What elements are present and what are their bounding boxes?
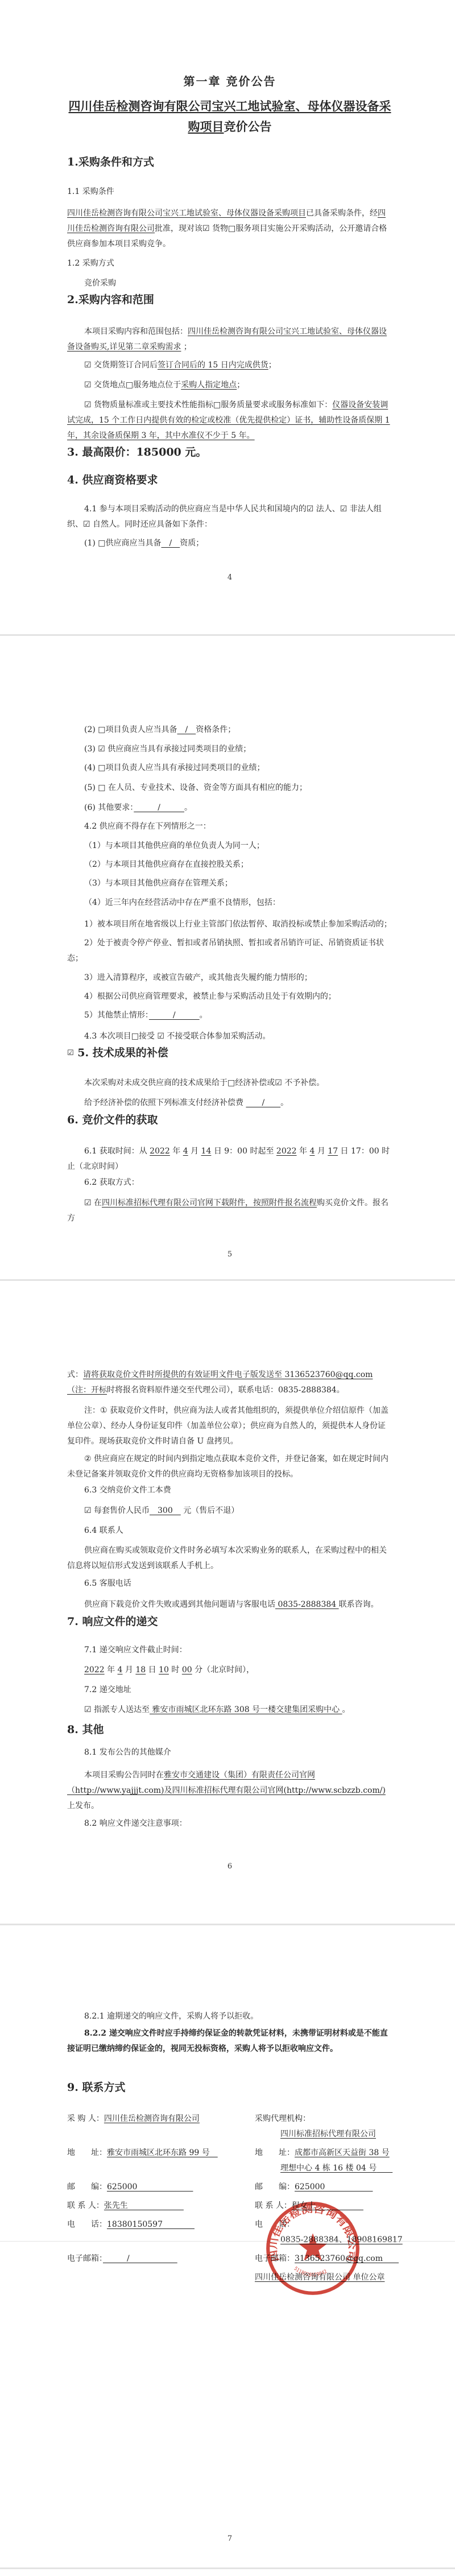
qualification-item-2-text: / (177, 725, 196, 734)
bad-record-item-1: 1）被本项目所在地省级以上行业主管部门依法暂停、取消投标或禁止参加采购活动的； (67, 917, 392, 932)
contact-label: 电子邮箱： (67, 2254, 103, 2263)
deadline-para-text: 分（北京时间）， (192, 1665, 254, 1674)
clause-1-1-para-text: 批准，现对该 (155, 224, 202, 233)
contact-row: 电 话：18380150597 电 话：0835-2888384、1890816… (67, 2217, 392, 2248)
qualification-item-4: (4) □项目负责人应当具有承接过同类项目的业绩； (67, 760, 392, 776)
contact-row: 采 购 人：四川佳岳检测咨询有限公司采购代理机构：四川标准招标代理有限公司 (67, 2111, 392, 2142)
qualification-item-3: (3) ☑ 供应商应当具有承接过同类项目的业绩； (67, 742, 392, 757)
prohibited-item-3: （3）与本项目其他供应商存在管理关系； (67, 876, 392, 891)
contact-label: 电子邮箱： (255, 2254, 295, 2263)
deadline-para-text: 年 (105, 1665, 118, 1674)
compensation-para-text: 经济补偿或 (235, 1078, 275, 1088)
procurement-method: 竞价采购 (67, 276, 392, 291)
clause-2-para-text: 本项目采购内容和范围包括： (84, 327, 188, 336)
checkbox-checked-icon: ☑ (84, 400, 92, 410)
contact-value: 3136523760@qq.com (295, 2254, 399, 2263)
clause-2-para: 本项目采购内容和范围包括：四川佳岳检测咨询有限公司宝兴工地试验室、母体仪器设备设… (67, 324, 392, 355)
deadline-para-text: 18 (135, 1665, 146, 1674)
quality-standard-item-text: 服务质量要求或服务标准如下： (221, 400, 332, 410)
clause-4-1: 4.1 参与本项目采购活动的供应商应当是中华人民共和国境内的☑ 法人、☑ 非法人… (67, 502, 392, 532)
bad-record-item-2: 2）处于被责令停产停业、暂扣或者吊销执照、暂扣或者吊销许可证、吊销资质证书状态； (67, 936, 392, 966)
deadline-para-text: 日 (146, 1665, 159, 1674)
contact-value: 18380150597 (107, 2220, 195, 2229)
contact-value: / (103, 2254, 177, 2263)
page-7-content-bottom: 7 (67, 2531, 392, 2546)
section-4-heading: 4. 供应商资格要求 (67, 472, 392, 489)
qualification-item-1-text: 供应商应当具备 (106, 539, 162, 548)
note-1-para: 注：① 获取竞价文件时，供应商为法人或者其他组织的，须提供单位介绍信原件（加盖单… (67, 1403, 392, 1449)
checkbox-unchecked-icon: □ (228, 224, 235, 233)
clause-6-1-text: 年 (297, 1147, 310, 1156)
document-fee-item-text: 300 (150, 1506, 181, 1515)
page-5: (2) □项目负责人应当具备 / 资格条件；(3) ☑ 供应商应当具有承接过同类… (0, 636, 455, 1281)
section-1-heading-text: 1.采购条件和方式 (67, 156, 154, 168)
prohibited-item-1: （1）与本项目其他供应商的单位负责人为同一人； (67, 838, 392, 854)
delivery-place-item: ☑ 交货地点□服务地点位于采购人指定地点； (67, 378, 392, 393)
page-4-content: 第一章 竞价公告四川佳岳检测咨询有限公司宝兴工地试验室、母体仪器设备采购项目竞价… (67, 73, 392, 585)
clause-7-1-text: 7.1 递交响应文件截止时间： (84, 1645, 187, 1655)
contact-value: 0835-2888384、18908169817 (280, 2235, 403, 2244)
clause-4-3-text: 不接受联合体参加采购活动。 (164, 1032, 270, 1041)
page-number-text: 4 (227, 573, 232, 582)
contact-table: 采 购 人：四川佳岳检测咨询有限公司采购代理机构：四川标准招标代理有限公司地 址… (67, 2111, 392, 2285)
checkbox-checked-icon: ☑ (275, 1078, 282, 1088)
bad-record-item-5-text: 。 (200, 1011, 208, 1020)
clause-1-2: 1.2 采购方式 (67, 256, 392, 271)
qualification-item-5: (5) □ 在人员、专业技术、设备、资金等方面具有相应的能力； (67, 780, 392, 796)
contact-label: 邮 编： (255, 2182, 295, 2192)
qualification-item-1-text: / (162, 539, 180, 548)
section-9-heading-text: 9. 联系方式 (67, 2081, 125, 2094)
contact-cell (67, 2270, 255, 2285)
qualification-item-4-text: (4) (84, 763, 98, 772)
page-number-text: 6 (227, 1862, 232, 1871)
clause-8-2-text: 8.2 响应文件递交注意事项： (84, 1819, 187, 1828)
section-6-heading-text: 6. 竞价文件的获取 (67, 1114, 158, 1126)
page-6-content: 式：请将获取竞价文件时所提供的有效证明文件电子版发送至 3136523760@q… (67, 1367, 392, 1874)
clause-7-2: 7.2 递交地址 (67, 1682, 392, 1698)
clause-1-1-text: 1.1 采购条件 (67, 187, 114, 196)
deadline-para-text: 00 (182, 1665, 192, 1674)
clause-8-2-1: 8.2.1 逾期递交的响应文件，采购人将予以拒收。 (67, 2009, 392, 2024)
contact-cell: 电 话：0835-2888384、18908169817 (255, 2217, 403, 2248)
delivery-time-item-text: 交货期签订合同后 (92, 361, 158, 370)
section-8-heading: 8. 其他 (67, 1721, 392, 1738)
clause-8-1: 8.1 发布公告的其他媒介 (67, 1745, 392, 1760)
clause-6-1-text: 月 (188, 1147, 201, 1156)
contact-value: 张先生 (104, 2201, 184, 2210)
section-7-heading-text: 7. 响应文件的递交 (67, 1615, 158, 1628)
section-1-heading: 1.采购条件和方式 (67, 154, 392, 171)
obtain-method-item: ☑ 在四川标准招标代理有限公司官网下载附件，按照附件报名流程购买竞价文件。报名方 (67, 1196, 392, 1226)
bad-record-item-5: 5）其他禁止情形： / 。 (67, 1008, 392, 1023)
contact-value: 成都市高新区天益街 38 号理想中心 4 栋 16 楼 04 号 (280, 2148, 392, 2173)
clause-6-5: 6.5 客服电话 (67, 1576, 392, 1591)
qualification-item-2-text: (2) (84, 725, 98, 734)
clause-1-2-text: 1.2 采购方式 (67, 259, 114, 268)
document-fee-item-text: 每套售价人民币 (92, 1506, 150, 1515)
contact-value: 程女士 (292, 2201, 363, 2210)
qualification-item-6: (6) 其他要求： / 。 (67, 800, 392, 816)
section-5-heading: ☑ 5. 技术成果的补偿 (67, 1044, 392, 1062)
contact-value: 四川佳岳检测咨询有限公司 单位公章 (255, 2273, 384, 2282)
bad-record-item-2-text: 2）处于被责令停产停业、暂扣或者吊销执照、暂扣或者吊销许可证、吊销资质证书状态； (67, 938, 384, 963)
qualification-item-6-text: (6) 其他要求： (84, 803, 134, 812)
contact-cell: 联 系 人：张先生 (67, 2198, 255, 2214)
checkbox-checked-icon: ☑ (84, 1198, 92, 1208)
announcement-document: 第一章 竞价公告四川佳岳检测咨询有限公司宝兴工地试验室、母体仪器设备采购项目竞价… (0, 0, 455, 2576)
clause-4-2-text: 4.2 供应商不得存在下列情形之一： (84, 822, 211, 831)
bad-record-item-4: 4）根据公司供应商管理要求，被禁止参与采购活动且处于有效期内的； (67, 989, 392, 1004)
qualification-item-4-text: 项目负责人应当具有承接过同类项目的业绩； (106, 763, 265, 772)
qualification-item-5-text: 在人员、专业技术、设备、资金等方面具有相应的能力； (106, 783, 307, 792)
obtain-method-continued-text: 时将报名资料原件递交至代理公司），联系电话：0835-2888384。 (107, 1386, 345, 1395)
contact-person-para-text: 供应商在购买或领取竞价文件时务必填写本次采购业务的联系人，在采购过程中的相关信息… (67, 1546, 387, 1570)
clause-6-1-text: 4 (183, 1147, 188, 1156)
contact-row: 地 址：雅安市雨城区北环东路 99 号 地 址：成都市高新区天益街 38 号理想… (67, 2145, 392, 2176)
note-2-para: ② 供应商应在规定的时间内到指定地点获取本竞价文件，并登记备案，如在规定时间内未… (67, 1452, 392, 1482)
prohibited-item-2: （2）与本项目其他供应商存在直接控股关系； (67, 857, 392, 873)
bad-record-item-3: 3）进入清算程序，或被宣告破产，或其他丧失履约能力情形的； (67, 970, 392, 986)
obtain-method-continued: 式：请将获取竞价文件时所提供的有效证明文件电子版发送至 3136523760@q… (67, 1367, 392, 1398)
delivery-address-item-text: 。 (342, 1705, 350, 1714)
service-phone-para-text: 供应商下载竞价文件失败或遇到其他问题请与客服电话 (84, 1600, 275, 1609)
page-7: 8.2.1 逾期递交的响应文件，采购人将予以拒收。8.2.2 递交响应文件时应手… (0, 1925, 455, 2569)
clause-4-1-text: 法人、 (313, 505, 340, 514)
checkbox-checked-icon: ☑ (340, 505, 348, 514)
contact-row: 邮 编：625000 邮 编：625000 (67, 2180, 392, 2195)
delivery-place-item-text: 采购人指定地点 (181, 381, 237, 390)
clause-1-1-para-text: 已具备采购条件，经 (306, 209, 378, 218)
section-2-heading: 2.采购内容和范围 (67, 291, 392, 308)
clause-6-1: 6.1 获取时间：从 2022 年 4 月 14 日 9：00 时起至 2022… (67, 1144, 392, 1175)
scan-artifact-line (0, 2241, 455, 2242)
contact-label: 地 址： (67, 2148, 107, 2157)
delivery-place-item-text: 服务地点位于 (133, 381, 181, 390)
section-6-heading: 6. 竞价文件的获取 (67, 1111, 392, 1128)
clause-6-1-text: 2022 (150, 1147, 170, 1156)
clause-4-3-text: 4.3 本次项目 (84, 1032, 131, 1041)
contact-row: 四川佳岳检测咨询有限公司 单位公章 (67, 2270, 392, 2285)
clause-6-1-text: 14 (201, 1147, 212, 1156)
clause-7-1: 7.1 递交响应文件截止时间： (67, 1643, 392, 1658)
clause-6-3-text: 6.3 交纳竞价文件工本费 (84, 1486, 171, 1495)
chapter-heading: 第一章 竞价公告 (67, 73, 392, 90)
clause-8-2-2-text: 8.2.2 递交响应文件时应手持缔约保证金的转款凭证材料，未携带证明材料或是不能… (67, 2029, 388, 2053)
clause-6-4: 6.4 联系人 (67, 1523, 392, 1539)
delivery-time-item-text: ； (268, 361, 276, 370)
announcement-media-para-text: 上发布。 (67, 1801, 99, 1810)
qualification-item-3-text: (3) (84, 745, 98, 754)
page-4: 第一章 竞价公告四川佳岳检测咨询有限公司宝兴工地试验室、母体仪器设备采购项目竞价… (0, 0, 455, 636)
contact-label: 采购代理机构： (255, 2114, 311, 2123)
clause-6-1-text: 年 (170, 1147, 183, 1156)
contact-label: 电 话： (255, 2220, 295, 2229)
checkbox-unchecked-icon: □ (131, 1032, 139, 1041)
checkbox-unchecked-icon: □ (98, 763, 105, 772)
clause-2-para-text: ； (181, 342, 191, 352)
qualification-item-1-text: 资质； (180, 539, 204, 548)
compensation-standard-para-text: 。 (280, 1098, 288, 1107)
clause-4-1-text: 自然人。同时还应具备如下条件： (90, 520, 212, 529)
checkbox-unchecked-icon: □ (98, 725, 105, 734)
qualification-item-1: (1) □供应商应当具备 / 资质； (67, 536, 392, 551)
clause-1-1-para-text: 四川佳岳检测咨询有限公司宝兴工地试验室、母体仪器设备采购项目 (67, 209, 306, 218)
clause-1-1: 1.1 采购条件 (67, 184, 392, 200)
deadline-para: 2022 年 4 月 18 日 10 时 00 分（北京时间）， (67, 1663, 392, 1678)
document-title-text: 竞价公告 (224, 119, 272, 134)
checkbox-checked-icon: ☑ (84, 1705, 92, 1714)
clause-1-1-para: 四川佳岳检测咨询有限公司宝兴工地试验室、母体仪器设备采购项目已具备采购条件，经四… (67, 206, 392, 252)
qualification-item-1-text: (1) (84, 539, 98, 548)
checkbox-unchecked-icon: □ (126, 381, 133, 390)
service-phone-para-text: 联系咨询。 (339, 1600, 379, 1609)
service-phone-para-text: 0835-2888384 (275, 1600, 339, 1609)
contact-cell: 采 购 人：四川佳岳检测咨询有限公司 (67, 2111, 255, 2142)
checkbox-unchecked-icon: □ (213, 400, 221, 410)
checkbox-checked-icon: ☑ (98, 745, 105, 754)
contact-cell: 四川佳岳检测咨询有限公司 单位公章 (255, 2270, 392, 2285)
document-fee-item-text: 元（售后不退） (181, 1506, 239, 1515)
qualification-item-6-text: / (134, 803, 184, 812)
document-title: 四川佳岳检测咨询有限公司宝兴工地试验室、母体仪器设备采购项目竞价公告 (67, 96, 392, 137)
delivery-time-item-text: 签订合同后的 15 日内完成供货 (158, 361, 268, 370)
clause-4-3-text: 接受 (139, 1032, 157, 1041)
deadline-para-text: 月 (122, 1665, 135, 1674)
bad-record-item-3-text: 3）进入清算程序，或被宣告破产，或其他丧失履约能力情形的； (84, 973, 312, 982)
contact-cell: 电子邮箱： / (67, 2251, 255, 2267)
checkbox-checked-icon: ☑ (307, 505, 314, 514)
page-6: 式：请将获取竞价文件时所提供的有效证明文件电子版发送至 3136523760@q… (0, 1281, 455, 1925)
deadline-para-text: 2022 (84, 1665, 105, 1674)
contact-cell: 地 址：雅安市雨城区北环东路 99 号 (67, 2145, 255, 2176)
contact-cell: 采购代理机构：四川标准招标代理有限公司 (255, 2111, 392, 2142)
checkbox-checked-icon: ☑ (84, 1506, 92, 1515)
compensation-standard-para-text: 给予经济补偿的依照下列标准支付经济补偿费 (84, 1098, 246, 1107)
delivery-time-item: ☑ 交货期签订合同后签订合同后的 15 日内完成供货； (67, 358, 392, 373)
contact-cell: 邮 编：625000 (67, 2180, 255, 2195)
obtain-method-continued-text: 式： (67, 1370, 83, 1379)
compensation-standard-para: 给予经济补偿的依照下列标准支付经济补偿费 / 。 (67, 1095, 392, 1111)
contact-row: 电子邮箱： / 电子邮箱：3136523760@qq.com (67, 2251, 392, 2267)
section-4-heading-text: 4. 供应商资格要求 (67, 474, 158, 486)
announcement-media-para: 本项目采购公告同时在雅安市交通建设（集团）有限责任公司官网（http://www… (67, 1768, 392, 1814)
clause-6-1-text: 月 (315, 1147, 328, 1156)
page-number: 5 (67, 1247, 392, 1262)
page-7-content-top: 8.2.1 逾期递交的响应文件，采购人将予以拒收。8.2.2 递交响应文件时应手… (67, 2009, 392, 2096)
checkbox-checked-icon: ☑ (202, 224, 210, 233)
delivery-address-item: ☑ 指派专人送达至 雅安市雨城区北环东路 308 号一楼交建集团采购中心 。 (67, 1702, 392, 1718)
checkbox-unchecked-icon: □ (227, 1078, 235, 1088)
clause-8-2-1-text: 8.2.1 逾期递交的响应文件，采购人将予以拒收。 (84, 2012, 258, 2021)
checkbox-checked-icon: ☑ (67, 1049, 74, 1057)
contact-value: 四川佳岳检测咨询有限公司 (104, 2114, 200, 2123)
clause-1-1-para-text: 货物 (210, 224, 228, 233)
checkbox-unchecked-icon: □ (98, 539, 105, 548)
contact-label: 联 系 人： (67, 2201, 104, 2210)
bad-record-item-5-text: / (149, 1011, 200, 1020)
chapter-heading-text: 第一章 竞价公告 (184, 75, 276, 88)
clause-4-2: 4.2 供应商不得存在下列情形之一： (67, 819, 392, 834)
clause-6-1-text: 6.1 获取时间：从 (84, 1147, 150, 1156)
section-9-heading: 9. 联系方式 (67, 2079, 392, 2096)
note-2-para-text: ② 供应商应在规定的时间内到指定地点获取本竞价文件，并登记备案，如在规定时间内未… (67, 1454, 388, 1479)
prohibited-item-4-text: （4）近三年内在经营活动中存在严重不良情形，包括： (84, 898, 280, 907)
service-phone-para: 供应商下载竞价文件失败或遇到其他问题请与客服电话 0835-2888384 联系… (67, 1597, 392, 1612)
clause-8-2: 8.2 响应文件递交注意事项： (67, 1816, 392, 1831)
clause-4-3: 4.3 本次项目□接受 ☑ 不接受联合体参加采购活动。 (67, 1029, 392, 1044)
note-1-para-text: 注：① 获取竞价文件时，供应商为法人或者其他组织的，须提供单位介绍信原件（加盖单… (67, 1406, 388, 1446)
contact-label: 电 话： (67, 2220, 107, 2229)
qualification-item-5-text: (5) (84, 783, 98, 792)
clause-6-5-text: 6.5 客服电话 (84, 1579, 131, 1588)
contact-row: 联 系 人：张先生 联 系 人：程女士 (67, 2198, 392, 2214)
contact-label: 邮 编： (67, 2182, 107, 2192)
contact-label: 联 系 人： (255, 2201, 292, 2210)
clause-7-2-text: 7.2 递交地址 (84, 1685, 131, 1694)
contact-person-para: 供应商在购买或领取竞价文件时务必填写本次采购业务的联系人，在采购过程中的相关信息… (67, 1543, 392, 1574)
scan-bottom-edge (0, 2569, 455, 2576)
section-3-heading-text: 3. 最高限价：185000 元。 (67, 446, 206, 458)
bad-record-item-5-text: 5）其他禁止情形： (84, 1011, 149, 1020)
obtain-method-item-text: 在 (92, 1198, 102, 1208)
contact-value: 雅安市雨城区北环东路 99 号 (107, 2148, 218, 2157)
prohibited-item-2-text: （2）与本项目其他供应商存在直接控股关系； (84, 860, 249, 869)
contact-cell: 邮 编：625000 (255, 2180, 392, 2195)
contact-value: 625000 (107, 2182, 193, 2192)
section-3-heading: 3. 最高限价：185000 元。 (67, 444, 392, 461)
bad-record-item-4-text: 4）根据公司供应商管理要求，被禁止参与采购活动且处于有效期内的； (84, 992, 336, 1001)
delivery-place-item-text: ； (237, 381, 245, 390)
contact-label: 地 址： (255, 2148, 295, 2157)
prohibited-item-1-text: （1）与本项目其他供应商的单位负责人为同一人； (84, 841, 264, 850)
delivery-place-item-text: 交货地点 (92, 381, 126, 390)
prohibited-item-3-text: （3）与本项目其他供应商存在管理关系； (84, 879, 233, 888)
checkbox-checked-icon: ☑ (84, 381, 92, 390)
deadline-para-text: 时 (169, 1665, 182, 1674)
page-number: 4 (67, 570, 392, 585)
contact-label: 采 购 人： (67, 2114, 104, 2123)
bad-record-item-1-text: 1）被本项目所在地省级以上行业主管部门依法暂停、取消投标或禁止参加采购活动的； (84, 920, 392, 929)
delivery-address-item-text: 雅安市雨城区北环东路 308 号一楼交建集团采购中心 (150, 1705, 342, 1714)
checkbox-checked-icon: ☑ (84, 361, 92, 370)
quality-standard-item: ☑ 货物质量标准或主要技术性能指标□服务质量要求或服务标准如下：仪器设备安装调试… (67, 398, 392, 444)
section-5-heading-text: 5. 技术成果的补偿 (74, 1047, 168, 1059)
clause-6-3: 6.3 交纳竞价文件工本费 (67, 1483, 392, 1498)
page-number-text: 5 (227, 1250, 232, 1259)
section-7-heading: 7. 响应文件的递交 (67, 1613, 392, 1630)
clause-6-4-text: 6.4 联系人 (84, 1526, 123, 1535)
page-number-text: 7 (227, 2534, 232, 2543)
contact-cell: 地 址：成都市高新区天益街 38 号理想中心 4 栋 16 楼 04 号 (255, 2145, 392, 2176)
checkbox-checked-icon: ☑ (83, 520, 90, 529)
clause-4-1-text: 4.1 参与本项目采购活动的供应商应当是中华人民共和国境内的 (84, 505, 307, 514)
compensation-para-text: 本次采购对未成交供应商的技术成果给于 (84, 1078, 227, 1088)
page-number: 7 (67, 2531, 392, 2546)
clause-6-1-text: 2022 (276, 1147, 297, 1156)
qualification-item-6-text: 。 (184, 803, 192, 812)
qualification-item-2-text: 项目负责人应当具备 (106, 725, 177, 734)
quality-standard-item-text: 货物质量标准或主要技术性能指标 (92, 400, 213, 410)
qualification-item-3-text: 供应商应当具有承接过同类项目的业绩； (105, 745, 251, 754)
qualification-item-2-text: 资格条件； (196, 725, 235, 734)
announcement-media-para-text: 本项目采购公告同时在 (84, 1771, 164, 1780)
procurement-method-text: 竞价采购 (84, 279, 116, 288)
section-2-heading-text: 2.采购内容和范围 (67, 293, 154, 306)
contact-cell: 电子邮箱：3136523760@qq.com (255, 2251, 392, 2267)
checkbox-unchecked-icon: □ (98, 783, 105, 792)
contact-cell: 联 系 人：程女士 (255, 2198, 392, 2214)
clause-6-2: 6.2 获取方式： (67, 1175, 392, 1190)
contact-cell: 电 话：18380150597 (67, 2217, 255, 2248)
contact-value: 625000 (295, 2182, 373, 2192)
page-number: 6 (67, 1859, 392, 1874)
obtain-method-item-text: 四川标准招标代理有限公司官网下载附件，按照附件报名流程 (102, 1198, 317, 1208)
compensation-para: 本次采购对未成交供应商的技术成果给于□经济补偿或☑ 不予补偿。 (67, 1076, 392, 1091)
document-fee-item: ☑ 每套售价人民币 300 元（售后不退） (67, 1503, 392, 1519)
clause-8-1-text: 8.1 发布公告的其他媒介 (84, 1748, 171, 1757)
compensation-standard-para-text: / (246, 1098, 280, 1107)
checkbox-checked-icon: ☑ (157, 1032, 164, 1041)
clause-8-2-2: 8.2.2 递交响应文件时应手持缔约保证金的转款凭证材料，未携带证明材料或是不能… (67, 2026, 392, 2057)
delivery-address-item-text: 指派专人送达至 (92, 1705, 150, 1714)
clause-6-1-text: 日 9：00 时起至 (211, 1147, 276, 1156)
contact-value: 四川标准招标代理有限公司 (280, 2130, 376, 2139)
section-8-heading-text: 8. 其他 (67, 1723, 104, 1736)
page-5-content: (2) □项目负责人应当具备 / 资格条件；(3) ☑ 供应商应当具有承接过同类… (67, 722, 392, 1262)
compensation-para-text: 不予补偿。 (282, 1078, 324, 1088)
qualification-item-2: (2) □项目负责人应当具备 / 资格条件； (67, 722, 392, 738)
clause-6-2-text: 6.2 获取方式： (84, 1178, 139, 1187)
deadline-para-text: 10 (159, 1665, 169, 1674)
prohibited-item-4: （4）近三年内在经营活动中存在严重不良情形，包括： (67, 895, 392, 911)
clause-6-1-text: 17 (328, 1147, 338, 1156)
